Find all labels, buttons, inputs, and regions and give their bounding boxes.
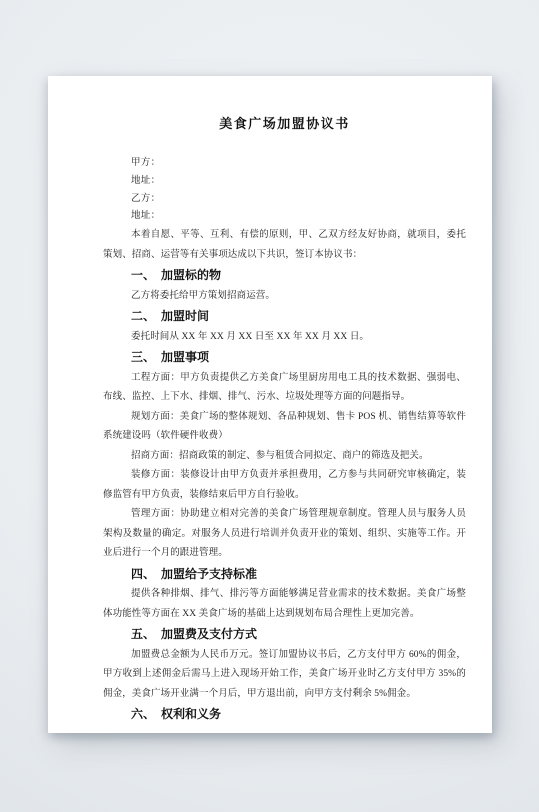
section-heading-2: 二、 加盟时间 [103,307,466,327]
paragraph: 加盟费总金额为人民币万元。签订加盟协议书后，乙方支付甲方 60%的佣金，甲方收到… [103,646,466,705]
party-b-field: 乙方： [103,191,466,209]
paragraph: 管理方面：协助建立相对完善的美食广场管理规章制度。管理人员与服务人员架构及数量的… [103,505,466,564]
section-heading-3: 三、 加盟事项 [103,348,466,368]
preamble-paragraph: 本着自愿、平等、互利、有偿的原则，甲、乙双方经友好协商，就项目，委托策划、招商、… [103,226,466,265]
paragraph: 提供各种排烟、排气、排污等方面能够满足营业需求的技术数据。美食广场整体功能性等方… [103,585,466,624]
document-title: 美食广场加盟协议书 [103,116,466,132]
paragraph: 工程方面：甲方负责提供乙方美食广场里厨房用电工具的技术数据、强弱电、布线、监控、… [103,369,466,408]
section-heading-1: 一、 加盟标的物 [103,266,466,286]
section-heading-6: 六、 权利和义务 [103,705,466,725]
party-a-field: 甲方： [103,155,466,173]
party-a-address-field: 地址： [103,173,466,191]
document-content: 美食广场加盟协议书 甲方： 地址： 乙方： 地址： 本着自愿、平等、互利、有偿的… [48,76,492,725]
paragraph: 委托时间从 XX 年 XX 月 XX 日至 XX 年 XX 月 XX 日。 [103,328,466,348]
document-page: 美食广场加盟协议书 甲方： 地址： 乙方： 地址： 本着自愿、平等、互利、有偿的… [48,76,492,733]
canvas: { "colors": { "canvas_bg": "#e9edf0", "p… [0,0,539,812]
paragraph: 乙方将委托给甲方策划招商运营。 [103,287,466,307]
party-b-address-field: 地址： [103,208,466,226]
paragraph: 规划方面：美食广场的整体规划、各品种规划、售卡 POS 机、销售结算等软件系统建… [103,408,466,447]
paragraph: 招商方面：招商政策的制定、参与租赁合同拟定、商户的筛选及把关。 [103,447,466,467]
paragraph: 装修方面：装修设计由甲方负责并承担费用，乙方参与共同研究审核确定，装修监管有甲方… [103,466,466,505]
section-heading-4: 四、 加盟给予支持标准 [103,565,466,585]
section-heading-5: 五、 加盟费及支付方式 [103,625,466,645]
